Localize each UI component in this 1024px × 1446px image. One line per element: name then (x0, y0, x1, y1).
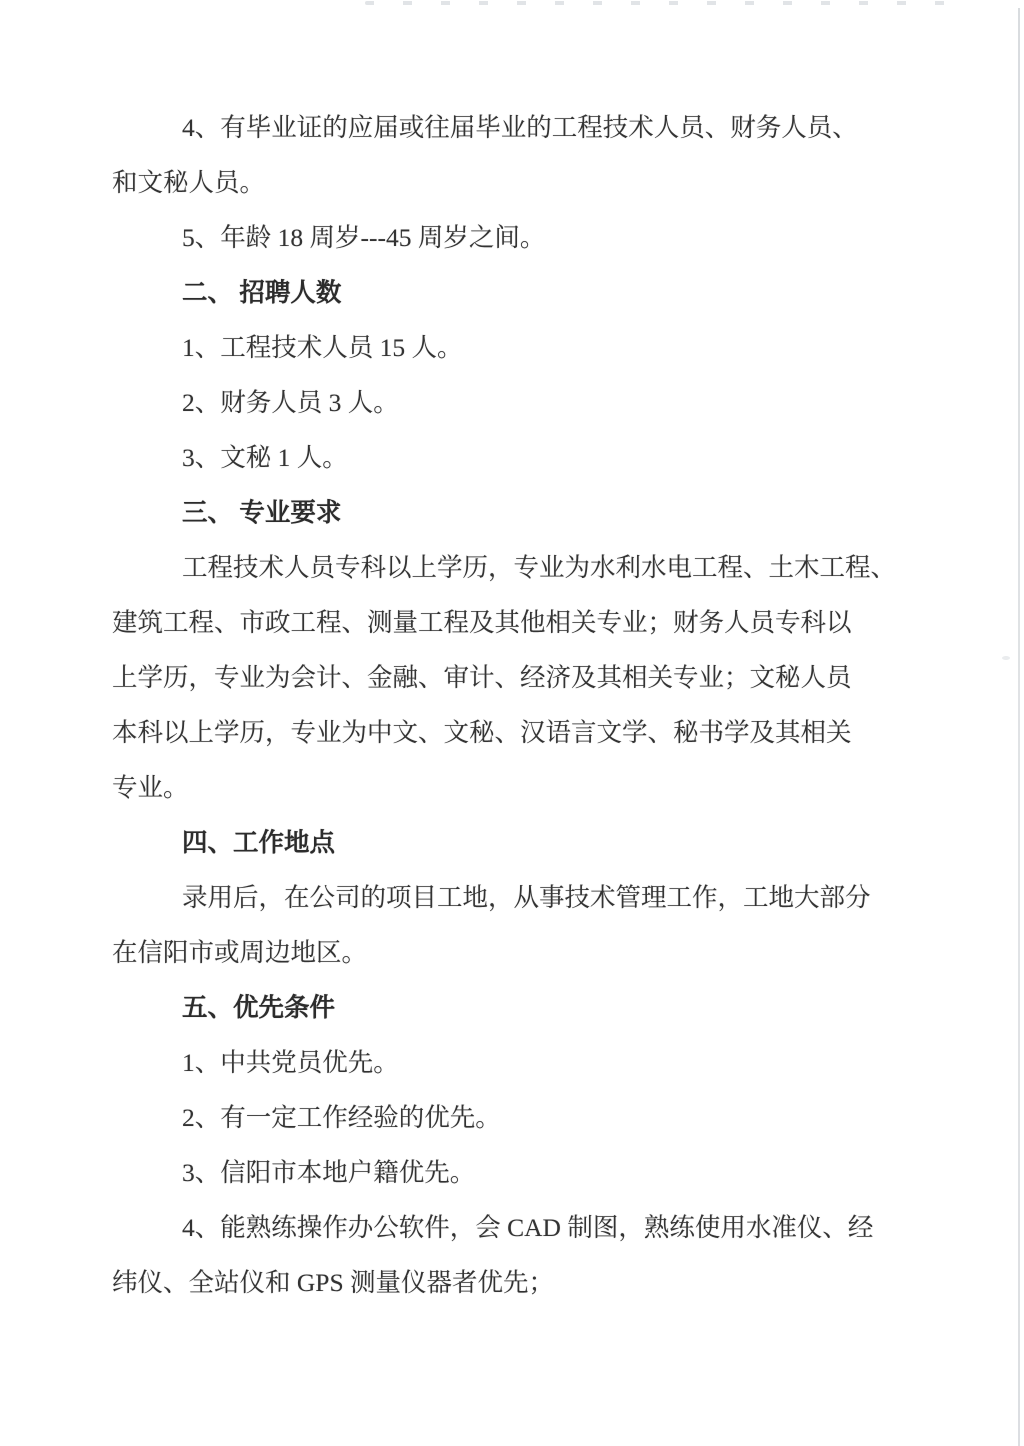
scan-artifact-top-edge (365, 1, 957, 5)
text-line: 4、能熟练操作办公软件，会 CAD 制图，熟练使用水准仪、经 (112, 1200, 992, 1255)
scan-artifact-right-edge (1018, 8, 1020, 1446)
text-line: 5、年龄 18 周岁---45 周岁之间。 (112, 210, 992, 265)
text-line: 录用后，在公司的项目工地，从事技术管理工作，工地大部分 (112, 870, 992, 925)
text-line: 1、工程技术人员 15 人。 (112, 320, 992, 375)
text-line: 2、财务人员 3 人。 (112, 375, 992, 430)
text-line: 在信阳市或周边地区。 (112, 925, 992, 980)
text-line: 上学历，专业为会计、金融、审计、经济及其相关专业；文秘人员 (112, 650, 992, 705)
text-line: 4、有毕业证的应届或往届毕业的工程技术人员、财务人员、 (112, 100, 992, 155)
scan-artifact-smudge (1002, 656, 1010, 660)
text-line: 本科以上学历，专业为中文、文秘、汉语言文学、秘书学及其相关 (112, 705, 992, 760)
section-heading: 三、 专业要求 (112, 485, 992, 540)
text-line: 工程技术人员专科以上学历，专业为水利水电工程、土木工程、 (112, 540, 992, 595)
text-line: 和文秘人员。 (112, 155, 992, 210)
text-line: 2、有一定工作经验的优先。 (112, 1090, 992, 1145)
section-heading: 五、优先条件 (112, 980, 992, 1035)
text-line: 建筑工程、市政工程、测量工程及其他相关专业；财务人员专科以 (112, 595, 992, 650)
text-line: 3、文秘 1 人。 (112, 430, 992, 485)
text-line: 专业。 (112, 760, 992, 815)
section-heading: 四、工作地点 (112, 815, 992, 870)
scanned-document-page: 4、有毕业证的应届或往届毕业的工程技术人员、财务人员、和文秘人员。5、年龄 18… (0, 0, 1024, 1446)
text-line: 1、中共党员优先。 (112, 1035, 992, 1090)
document-body: 4、有毕业证的应届或往届毕业的工程技术人员、财务人员、和文秘人员。5、年龄 18… (112, 100, 992, 1310)
section-heading: 二、 招聘人数 (112, 265, 992, 320)
text-line: 3、信阳市本地户籍优先。 (112, 1145, 992, 1200)
text-line: 纬仪、全站仪和 GPS 测量仪器者优先； (112, 1255, 992, 1310)
